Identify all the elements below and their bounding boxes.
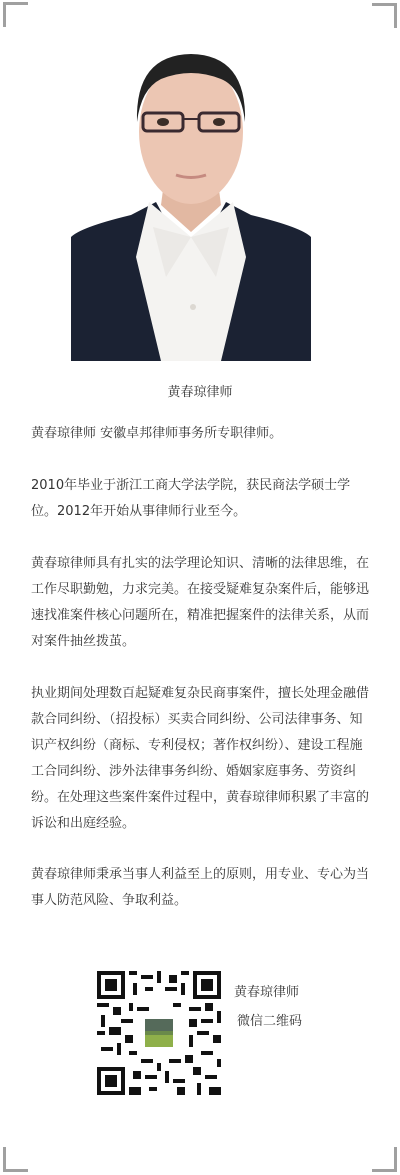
photo-caption: 黄春琼律师	[0, 381, 400, 400]
corner-bracket-top-right	[372, 3, 397, 28]
education-paragraph: 2010年毕业于浙江工商大学法学院，获民商法学硕士学位。2012年开始从事律师行…	[31, 473, 371, 525]
wechat-qr-code[interactable]	[97, 971, 221, 1095]
intro-paragraph: 黄春琼律师 安徽卓邦律师事务所专职律师。	[31, 421, 371, 447]
corner-bracket-top-left	[3, 2, 28, 27]
principle-paragraph: 黄春琼律师秉承当事人利益至上的原则，用专业、专心为当事人防范风险、争取利益。	[31, 862, 371, 914]
qr-owner-name: 黄春琼律师	[234, 981, 299, 1000]
skills-paragraph: 黄春琼律师具有扎实的法学理论知识、清晰的法律思维，在工作尽职勤勉，力求完美。在接…	[31, 551, 371, 655]
corner-bracket-bottom-left	[3, 1147, 28, 1172]
qr-description: 微信二维码	[237, 1010, 302, 1029]
corner-bracket-bottom-right	[372, 1147, 397, 1172]
portrait-photo	[71, 27, 311, 361]
experience-paragraph: 执业期间处理数百起疑难复杂民商事案件，擅长处理金融借款合同纠纷、（招投标）买卖合…	[31, 681, 371, 837]
